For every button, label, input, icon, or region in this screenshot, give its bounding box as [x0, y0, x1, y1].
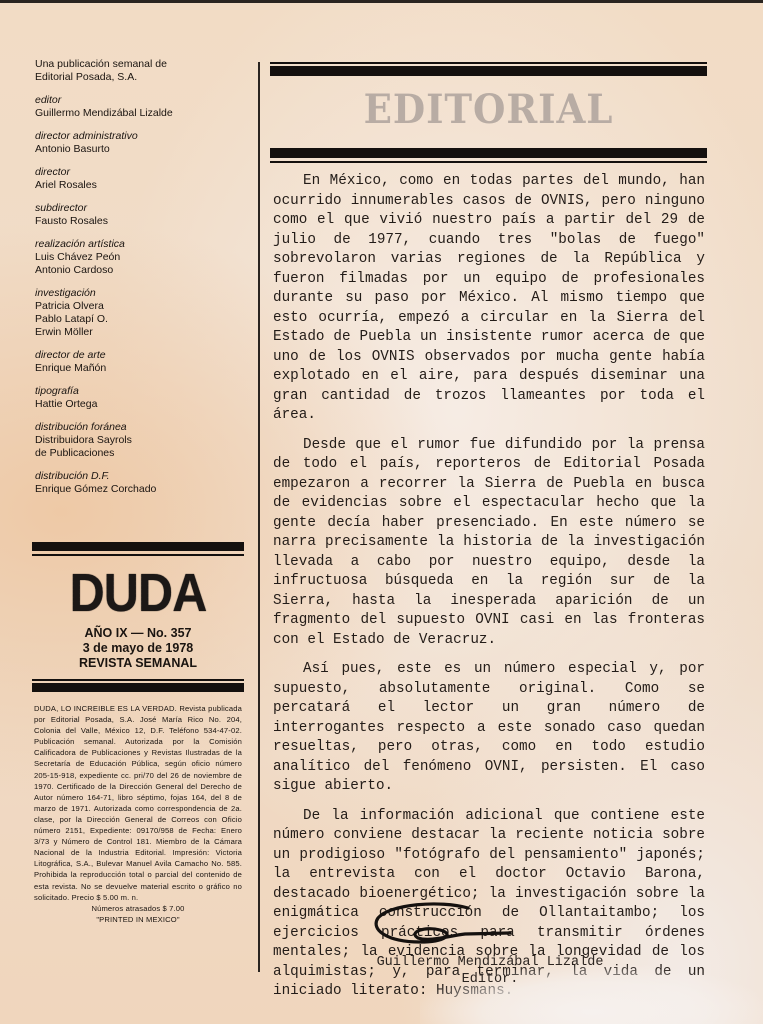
page-top-edge	[0, 0, 763, 3]
credit-entry: distribución foráneaDistribuidora Sayrol…	[35, 421, 250, 460]
back-issues-price: Números atrasados $ 7.00	[34, 903, 242, 914]
credit-entry: subdirectorFausto Rosales	[35, 202, 250, 228]
signature-icon	[370, 900, 530, 952]
magazine-page: Una publicación semanal de Editorial Pos…	[0, 0, 763, 1024]
masthead: Una publicación semanal de Editorial Pos…	[35, 58, 250, 506]
editorial-top-thin-rule	[270, 62, 707, 64]
editorial-paragraph-2: Desde que el rumor fue difundido por la …	[273, 436, 705, 651]
credit-name: Ariel Rosales	[35, 179, 250, 192]
editorial-paragraph-3: Así pues, este es un número especial y, …	[273, 660, 705, 797]
credit-name: de Publicaciones	[35, 447, 250, 460]
printed-in-mexico: "PRINTED IN MEXICO"	[34, 914, 242, 925]
credit-role: distribución D.F.	[35, 470, 250, 483]
editorial-bottom-rule	[270, 148, 707, 158]
credit-role: subdirector	[35, 202, 250, 215]
credit-role: realización artística	[35, 238, 250, 251]
editorial-top-rule	[270, 66, 707, 76]
signer-title: Editor.	[330, 971, 650, 988]
credit-role: editor	[35, 94, 250, 107]
editorial-title: EDITORIAL	[285, 86, 691, 133]
publisher-line: Una publicación semanal de Editorial Pos…	[35, 58, 250, 84]
credit-entry: tipografíaHattie Ortega	[35, 385, 250, 411]
credit-entry: directorAriel Rosales	[35, 166, 250, 192]
credit-role: director administrativo	[35, 130, 250, 143]
editorial-body: En México, como en todas partes del mund…	[273, 172, 705, 1012]
issue-info: AÑO IX — No. 357 3 de mayo de 1978 REVIS…	[32, 626, 244, 671]
signer-name: Guillermo Mendizábal Lizalde	[330, 954, 650, 971]
credit-name: Erwin Möller	[35, 326, 250, 339]
credit-role: tipografía	[35, 385, 250, 398]
credit-role: distribución foránea	[35, 421, 250, 434]
credit-name: Pablo Latapí O.	[35, 313, 250, 326]
logo-bottom-thin-rule	[32, 679, 244, 681]
publication-type: REVISTA SEMANAL	[32, 656, 244, 671]
credit-entry: investigaciónPatricia OlveraPablo Latapí…	[35, 287, 250, 339]
credit-role: director de arte	[35, 349, 250, 362]
credit-name: Fausto Rosales	[35, 215, 250, 228]
credit-entry: director de arteEnrique Mañón	[35, 349, 250, 375]
credits-list: editorGuillermo Mendizábal Lizaldedirect…	[35, 94, 250, 496]
publisher-line-2: Editorial Posada, S.A.	[35, 71, 137, 83]
issue-date: 3 de mayo de 1978	[32, 641, 244, 656]
legal-notice: DUDA, LO INCREIBLE ES LA VERDAD. Revista…	[34, 703, 242, 925]
duda-logo: DUDA	[43, 562, 234, 624]
column-divider	[258, 62, 260, 972]
credit-entry: distribución D.F.Enrique Gómez Corchado	[35, 470, 250, 496]
credit-name: Patricia Olvera	[35, 300, 250, 313]
credit-entry: director administrativoAntonio Basurto	[35, 130, 250, 156]
editorial-bottom-thin-rule	[270, 161, 707, 163]
credit-role: director	[35, 166, 250, 179]
credit-name: Guillermo Mendizábal Lizalde	[35, 107, 250, 120]
credit-name: Enrique Mañón	[35, 362, 250, 375]
issue-number: AÑO IX — No. 357	[32, 626, 244, 641]
credit-entry: realización artísticaLuis Chávez PeónAnt…	[35, 238, 250, 277]
logo-bottom-rule	[32, 683, 244, 692]
signer-block: Guillermo Mendizábal Lizalde Editor.	[330, 954, 650, 988]
credit-name: Enrique Gómez Corchado	[35, 483, 250, 496]
credit-name: Distribuidora Sayrols	[35, 434, 250, 447]
credit-name: Antonio Basurto	[35, 143, 250, 156]
publisher-line-1: Una publicación semanal de	[35, 58, 167, 70]
credit-name: Antonio Cardoso	[35, 264, 250, 277]
logo-block: DUDA AÑO IX — No. 357 3 de mayo de 1978 …	[32, 542, 244, 692]
legal-text: DUDA, LO INCREIBLE ES LA VERDAD. Revista…	[34, 703, 242, 903]
credit-name: Hattie Ortega	[35, 398, 250, 411]
credit-role: investigación	[35, 287, 250, 300]
credit-entry: editorGuillermo Mendizábal Lizalde	[35, 94, 250, 120]
editorial-paragraph-1: En México, como en todas partes del mund…	[273, 172, 705, 426]
credit-name: Luis Chávez Peón	[35, 251, 250, 264]
